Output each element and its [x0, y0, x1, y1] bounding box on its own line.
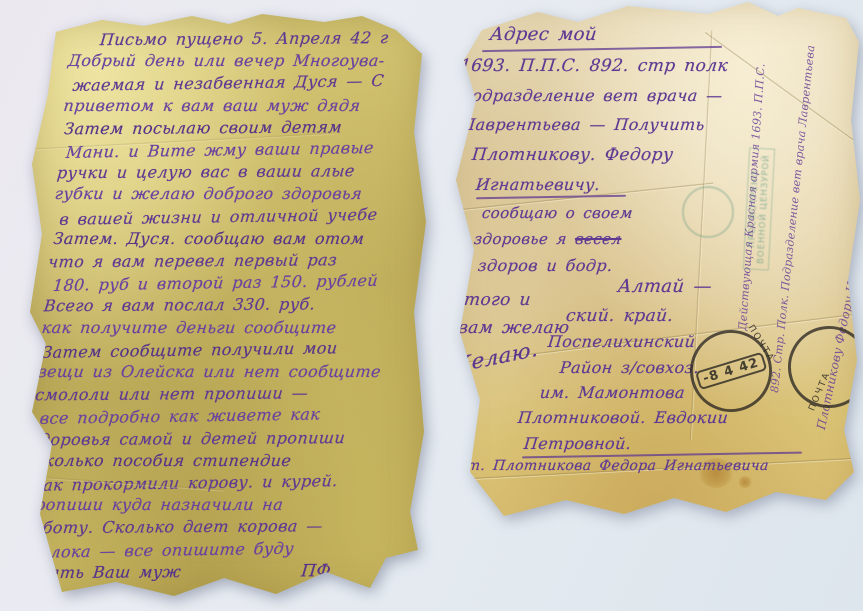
censor-stamp-ring — [682, 186, 734, 238]
address-line: 1693. П.П.С. 892. стр полк — [459, 56, 729, 76]
postmark-ring-text: ПОЧТА — [807, 370, 832, 412]
destination-line: Алтай — — [617, 276, 713, 297]
handwriting-line: Затем. Дуся. сообщаю вам отом — [52, 228, 425, 250]
handwriting-line: жаемая и незабвенная Дуся — С — [72, 70, 442, 98]
destination-line: Петровной. — [523, 434, 632, 453]
envelope-paper: Адрес мой 1693. П.П.С. 892. стр полк Под… — [446, 0, 863, 568]
handwriting-line: здоровья самой и детей пропиши — [30, 426, 406, 451]
wish-flourish: Желаю. — [447, 337, 539, 379]
underline-flourish — [482, 46, 722, 52]
handwriting-line: приветом к вам ваш муж дядя — [62, 95, 438, 117]
postmark-date: -8 4 42 — [695, 352, 767, 391]
censor-stamp: ПРОСМОТРЕНО ВОЕННОЙ ЦЕНЗУРОЙ — [743, 147, 775, 270]
sender-line: от. Плотникова Федора Игнатьевича — [457, 458, 770, 474]
address-line: Игнатьевичу. — [475, 175, 601, 194]
handwriting-line: Письмо пущено 5. Апреля 42 г — [99, 27, 445, 52]
note-line: здоров и бодр. — [477, 256, 614, 275]
handwriting-line: как прокормили корову. и курей. — [32, 469, 402, 497]
destination-line: Район з/совхоз. — [559, 358, 700, 377]
wish-line: того и — [463, 290, 532, 310]
handwriting-line: вещи из Олейска или нет сообщите — [36, 361, 412, 383]
handwriting-line: ручки и целую вас в ваши алые — [56, 160, 432, 185]
handwriting-line: как получите деньги сообщите — [41, 317, 417, 339]
destination-line: Поспелихинский — [547, 332, 696, 351]
letter-page-left: Письмо пущено 5. Апреля 42 г Добрый день… — [24, 12, 430, 608]
destination-line: им. Мамонтова — [539, 383, 686, 402]
address-line: Лаврентьева — Получить — [461, 115, 706, 134]
closing-text: ждать Ваш муж — [20, 561, 183, 584]
handwriting-line: Всего я вам послал 330. руб. — [43, 293, 419, 318]
handwriting-line: в вашей жизни и отличной учебе — [58, 203, 428, 231]
address-line: Подразделение вет врача — — [457, 86, 724, 105]
destination-line: Плотниковой. Евдокии — [517, 408, 729, 427]
handwriting-line: губки и желаю доброго здоровья — [54, 183, 430, 205]
destination-line: ский. край. — [565, 306, 674, 326]
note-text: здоровье я — [473, 230, 568, 248]
fold-crease — [704, 32, 863, 164]
closing-line: ждать Ваш муж ПФ — [20, 560, 393, 585]
signature: ПФ — [300, 560, 332, 582]
note-line: сообщаю о своем — [481, 204, 634, 222]
struck-word: весел — [574, 230, 622, 248]
address-title: Адрес мой — [489, 24, 598, 45]
handwriting-line: Затем сообщите получили мои — [41, 336, 415, 364]
address-line: Плотникову. Федору — [471, 145, 674, 165]
envelope-page-right: Адрес мой 1693. П.П.С. 892. стр полк Под… — [446, 0, 863, 568]
handwriting-line: пропиши куда назначили на — [23, 494, 399, 516]
letter-text-block: Письмо пущено 5. Апреля 42 г Добрый день… — [17, 27, 446, 585]
underline-flourish — [476, 195, 626, 200]
note-line: здоровье я весел — [473, 230, 622, 248]
letter-paper: Письмо пущено 5. Апреля 42 г Добрый день… — [24, 12, 430, 608]
photo-background: Письмо пущено 5. Апреля 42 г Добрый день… — [0, 0, 863, 611]
stain — [738, 476, 752, 488]
handwriting-line: Сколько пособия стипендие — [31, 450, 404, 472]
